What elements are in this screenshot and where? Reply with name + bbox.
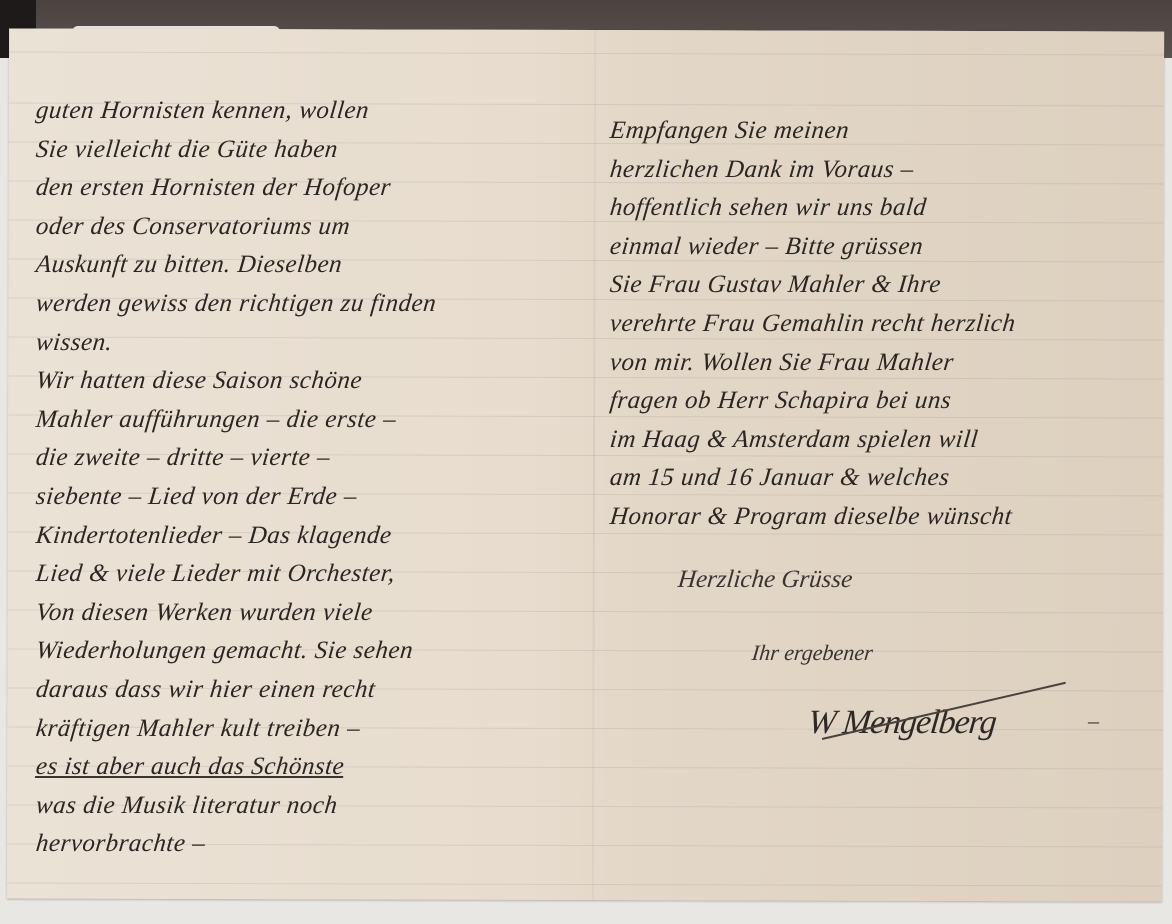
handwritten-line: Von diesen Werken wurden viele <box>34 594 578 633</box>
handwritten-line: fragen ob Herr Schapira bei uns <box>608 382 1152 421</box>
handwritten-line: Wiederholungen gemacht. Sie sehen <box>34 632 578 671</box>
handwritten-line: Sie Frau Gustav Mahler & Ihre <box>608 266 1152 305</box>
handwritten-line: Empfangen Sie meinen <box>608 112 1152 151</box>
left-page: guten Hornisten kennen, wollen Sie viell… <box>36 92 576 864</box>
center-fold <box>592 30 596 900</box>
handwritten-line: herzlichen Dank im Voraus – <box>608 151 1152 190</box>
handwritten-line: wissen. <box>34 324 578 363</box>
handwritten-line: daraus dass wir hier einen recht <box>34 671 578 710</box>
handwritten-line: Lied & viele Lieder mit Orchester, <box>34 555 578 594</box>
handwritten-line: im Haag & Amsterdam spielen will <box>608 421 1152 460</box>
handwritten-line: kräftigen Mahler kult treiben – <box>34 710 578 749</box>
handwritten-line: einmal wieder – Bitte grüssen <box>608 228 1152 267</box>
handwritten-line: Wir hatten diese Saison schöne <box>34 362 578 401</box>
letterhead-bleed-through <box>877 55 1167 60</box>
handwritten-line: Mahler aufführungen – die erste – <box>34 401 578 440</box>
handwritten-line: Auskunft zu bitten. Dieselben <box>34 246 578 285</box>
handwritten-line: was die Musik literatur noch <box>34 787 578 826</box>
handwritten-line: hoffentlich sehen wir uns bald <box>608 189 1152 228</box>
handwritten-line: Honorar & Program dieselbe wünscht <box>608 498 1152 537</box>
handwritten-line: guten Hornisten kennen, wollen <box>34 92 578 131</box>
handwritten-line: hervorbrachte – <box>34 825 578 864</box>
right-page: Empfangen Sie meinen herzlichen Dank im … <box>610 112 1150 537</box>
handwritten-line-underlined: es ist aber auch das Schönste <box>34 748 578 787</box>
handwritten-line: die zweite – dritte – vierte – <box>34 439 578 478</box>
handwritten-line: werden gewiss den richtigen zu finden <box>34 285 578 324</box>
handwritten-line: oder des Conservatoriums um <box>34 208 578 247</box>
handwritten-line: am 15 und 16 Januar & welches <box>608 459 1152 498</box>
handwritten-line: Kindertotenlieder – Das klagende <box>34 517 578 556</box>
handwritten-line: verehrte Frau Gemahlin recht herzlich <box>608 305 1152 344</box>
handwritten-line: den ersten Hornisten der Hofoper <box>34 169 578 208</box>
closing-phrase: Ihr ergebener <box>751 640 874 666</box>
signature-dash: – <box>1088 708 1099 734</box>
closing-greeting: Herzliche Grüsse <box>677 566 854 594</box>
handwritten-line: von mir. Wollen Sie Frau Mahler <box>608 344 1152 383</box>
handwritten-line: Sie vielleicht die Güte haben <box>34 131 578 170</box>
handwritten-line: siebente – Lied von der Erde – <box>34 478 578 517</box>
